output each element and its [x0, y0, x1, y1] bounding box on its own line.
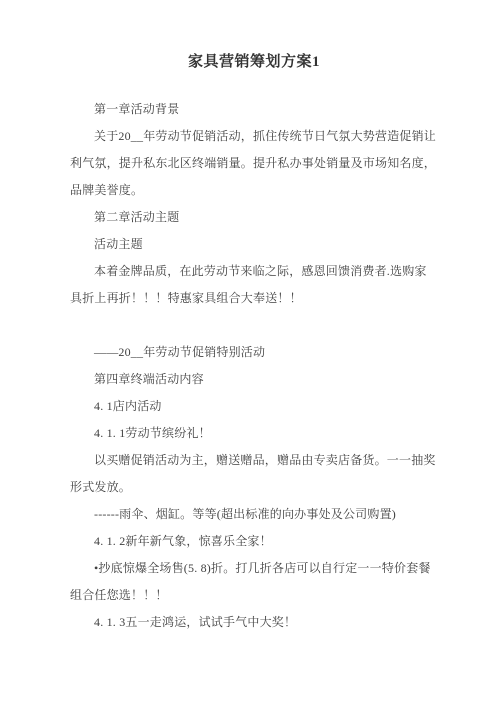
- section-4-1-3-heading: 4. 1. 3五一走鸿运，试试手气中大奖！: [70, 609, 438, 636]
- document-page: 家具营销筹划方案1 第一章活动背景 关于20__年劳动节促销活动，抓住传统节日气…: [0, 0, 500, 707]
- chapter4-heading: 第四章终端活动内容: [70, 366, 438, 393]
- chapter1-background-paragraph: 关于20__年劳动节促销活动，抓住传统节日气氛大势营造促销让利气氛，提升私东北区…: [70, 123, 438, 204]
- activity-theme-paragraph: 本着金牌品质，在此劳动节来临之际，感恩回馈消费者.选购家具折上再折！！！特惠家具…: [70, 258, 438, 312]
- section-4-1-heading: 4. 1店内活动: [70, 393, 438, 420]
- gift-items-note: ------雨伞、烟缸。等等(超出标准的向办事处及公司购置): [70, 501, 438, 528]
- page-title: 家具营销筹划方案1: [70, 49, 438, 75]
- section-4-1-2-paragraph: •抄底惊爆全场售(5. 8)折。打几折各店可以自行定一一特价套餐组合任您选！！！: [70, 555, 438, 609]
- section-4-1-2-heading: 4. 1. 2新年新气象，惊喜乐全家！: [70, 528, 438, 555]
- chapter2-heading: 第二章活动主题: [70, 204, 438, 231]
- section-4-1-1-heading: 4. 1. 1劳动节缤纷礼！: [70, 420, 438, 447]
- activity-theme-label: 活动主题: [70, 231, 438, 258]
- document-body: 第一章活动背景 关于20__年劳动节促销活动，抓住传统节日气氛大势营造促销让利气…: [70, 96, 438, 636]
- blank-line: [70, 312, 438, 339]
- section-4-1-1-paragraph: 以买赠促销活动为主，赠送赠品，赠品由专卖店备货。一一抽奖形式发放。: [70, 447, 438, 501]
- chapter1-heading: 第一章活动背景: [70, 96, 438, 123]
- campaign-subtitle: ——20__年劳动节促销特别活动: [70, 339, 438, 366]
